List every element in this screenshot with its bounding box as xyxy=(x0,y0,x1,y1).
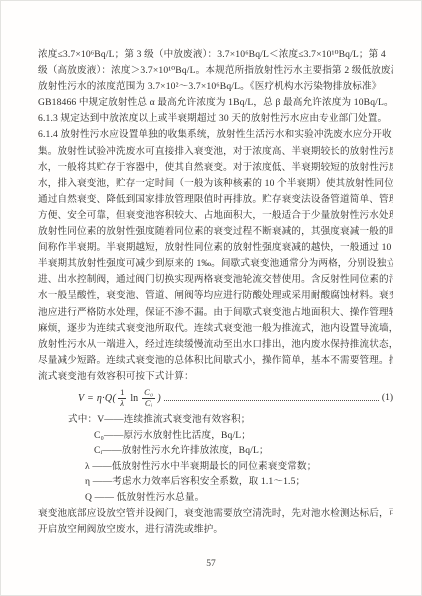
body-line: 水一般呈酸性，衰变池、管道、闸阀等均应进行防酸处理或采用耐酸腐蚀材料。衰变 xyxy=(38,288,393,304)
body-line: GB18466 中规定放射性总 α 最高允许浓度为 1Bq/L，总 β 最高允许… xyxy=(38,95,393,111)
definition-eta: η ——考虑水力效率后容积安全系数，取 1.1～1.5； xyxy=(38,474,393,490)
definition-lambda: λ ——低放射性污水中半衰期最长的同位素衰变常数； xyxy=(38,459,393,475)
fraction-denominator: Cᵢ xyxy=(143,399,155,409)
body-line: 水，排入衰变池，贮存一定时间（一般为该种核素的 10 个半衰期）使其放射性同位素 xyxy=(38,176,393,192)
body-line: 间称作半衰期。半衰期越短，放射性同位素的放射性强度衰减的越快，一般通过 10 个 xyxy=(38,240,393,256)
body-line: 尽量减少短路。连续式衰变池的总体积比间歇式小，操作简单，基本不需要管理。推 xyxy=(38,353,393,369)
body-line: 放射性污水从一端进入，经过连续缓慢流动至出水口排出，池内废水保持推流状态， xyxy=(38,337,393,353)
body-line: 池应进行严格防水处理，保证不渗不漏。由于间歇式衰变池占地面积大、操作管理较 xyxy=(38,305,393,321)
equation-number: (1) xyxy=(382,393,393,403)
definition-ci: Cᵢ——放射性污水允许排放浓度，Bq/L； xyxy=(38,443,393,459)
definition-q: Q —— 低放射性污水总量。 xyxy=(38,490,393,506)
variable-definitions: 式中：V——连续推流式衰变池有效容积； C₀——原污水放射性比活度，Bq/L； … xyxy=(38,412,393,506)
ln-operator: ln xyxy=(130,393,138,404)
body-line: 级（高放废液）：浓度＞3.7×10¹⁰Bq/L。本规范所指放射性污水主要指第 2… xyxy=(38,63,393,79)
body-line: 放射性同位素的放射性强度随着同位素的衰变过程不断衰减的，其强度衰减一般的时 xyxy=(38,224,393,240)
text-block: 浓度≤3.7×10⁶Bq/L；第 3 级（中放废液）：3.7×10⁶Bq/L＜浓… xyxy=(38,47,393,538)
definition-c0: C₀——原污水放射性比活度，Bq/L； xyxy=(38,428,393,444)
body-line: 开启放空闸阀放空废水，进行清洗或维护。 xyxy=(38,522,393,538)
body-line: 半衰期其放射性强度可减少到原来的 1‰。间歇式衰变池通常分为两格，分别设独立的 xyxy=(38,256,393,272)
formula-close-paren: ) xyxy=(157,393,161,404)
formula-equation-1: V = η·Q( 1 λ ln C₀ Cᵢ ) (1) xyxy=(38,385,393,412)
fraction-one-over-lambda: 1 λ xyxy=(118,388,126,409)
formula-lhs: V = η·Q( xyxy=(78,393,116,404)
definition-v: 式中：V——连续推流式衰变池有效容积； xyxy=(38,412,393,428)
body-line: 流式衰变池有效容积可按下式计算： xyxy=(38,369,393,385)
dotted-leader xyxy=(164,400,379,401)
body-line: 集。放射性试验冲洗废水可直接排入衰变池，对于浓度高、半衰期较长的放射性污废 xyxy=(38,144,393,160)
body-line: 通过自然衰变、降低到国家排放管理限值时再排放。贮存衰变法设备管道简单、管理 xyxy=(38,192,393,208)
clause-6-1-3: 6.1.3 规定达到中放浓度以上或半衰期超过 30 天的放射性污水应由专业部门处… xyxy=(38,111,393,127)
fraction-denominator: λ xyxy=(118,399,126,409)
body-line: 进、出水控制阀，通过阀门切换实现两格衰变池轮流交替使用。含反射性同位素的污 xyxy=(38,272,393,288)
body-line: 麻烦，逐步为连续式衰变池所取代。连续式衰变池一般为推流式，池内设置导流墙， xyxy=(38,321,393,337)
body-line: 水，一般将其贮存于容器中，使其自然衰变。对于浓度低、半衰期较短的放射性污废 xyxy=(38,160,393,176)
fraction-c0-over-ci: C₀ Cᵢ xyxy=(142,388,155,409)
clause-6-1-4: 6.1.4 放射性污水应设置单独的收集系统，放射性生活污水和实验冲洗废水应分开收 xyxy=(38,127,393,143)
body-line: 衰变池底部应设放空管并设阀门，衰变池需要放空清洗时，先对池水检测达标后，可 xyxy=(38,506,393,522)
body-line: 浓度≤3.7×10⁶Bq/L；第 3 级（中放废液）：3.7×10⁶Bq/L＜浓… xyxy=(38,47,393,63)
body-line: 放射性污水的浓度范围为 3.7×10²～3.7×10⁶Bq/L。《医疗机构水污染… xyxy=(38,79,393,95)
document-page: 浓度≤3.7×10⁶Bq/L；第 3 级（中放废液）：3.7×10⁶Bq/L＜浓… xyxy=(0,0,422,596)
body-line: 方便、安全可靠，但衰变池容积较大、占地面积大，一般适合于少量放射性污水处理。 xyxy=(38,208,393,224)
page-number: 57 xyxy=(1,559,421,569)
